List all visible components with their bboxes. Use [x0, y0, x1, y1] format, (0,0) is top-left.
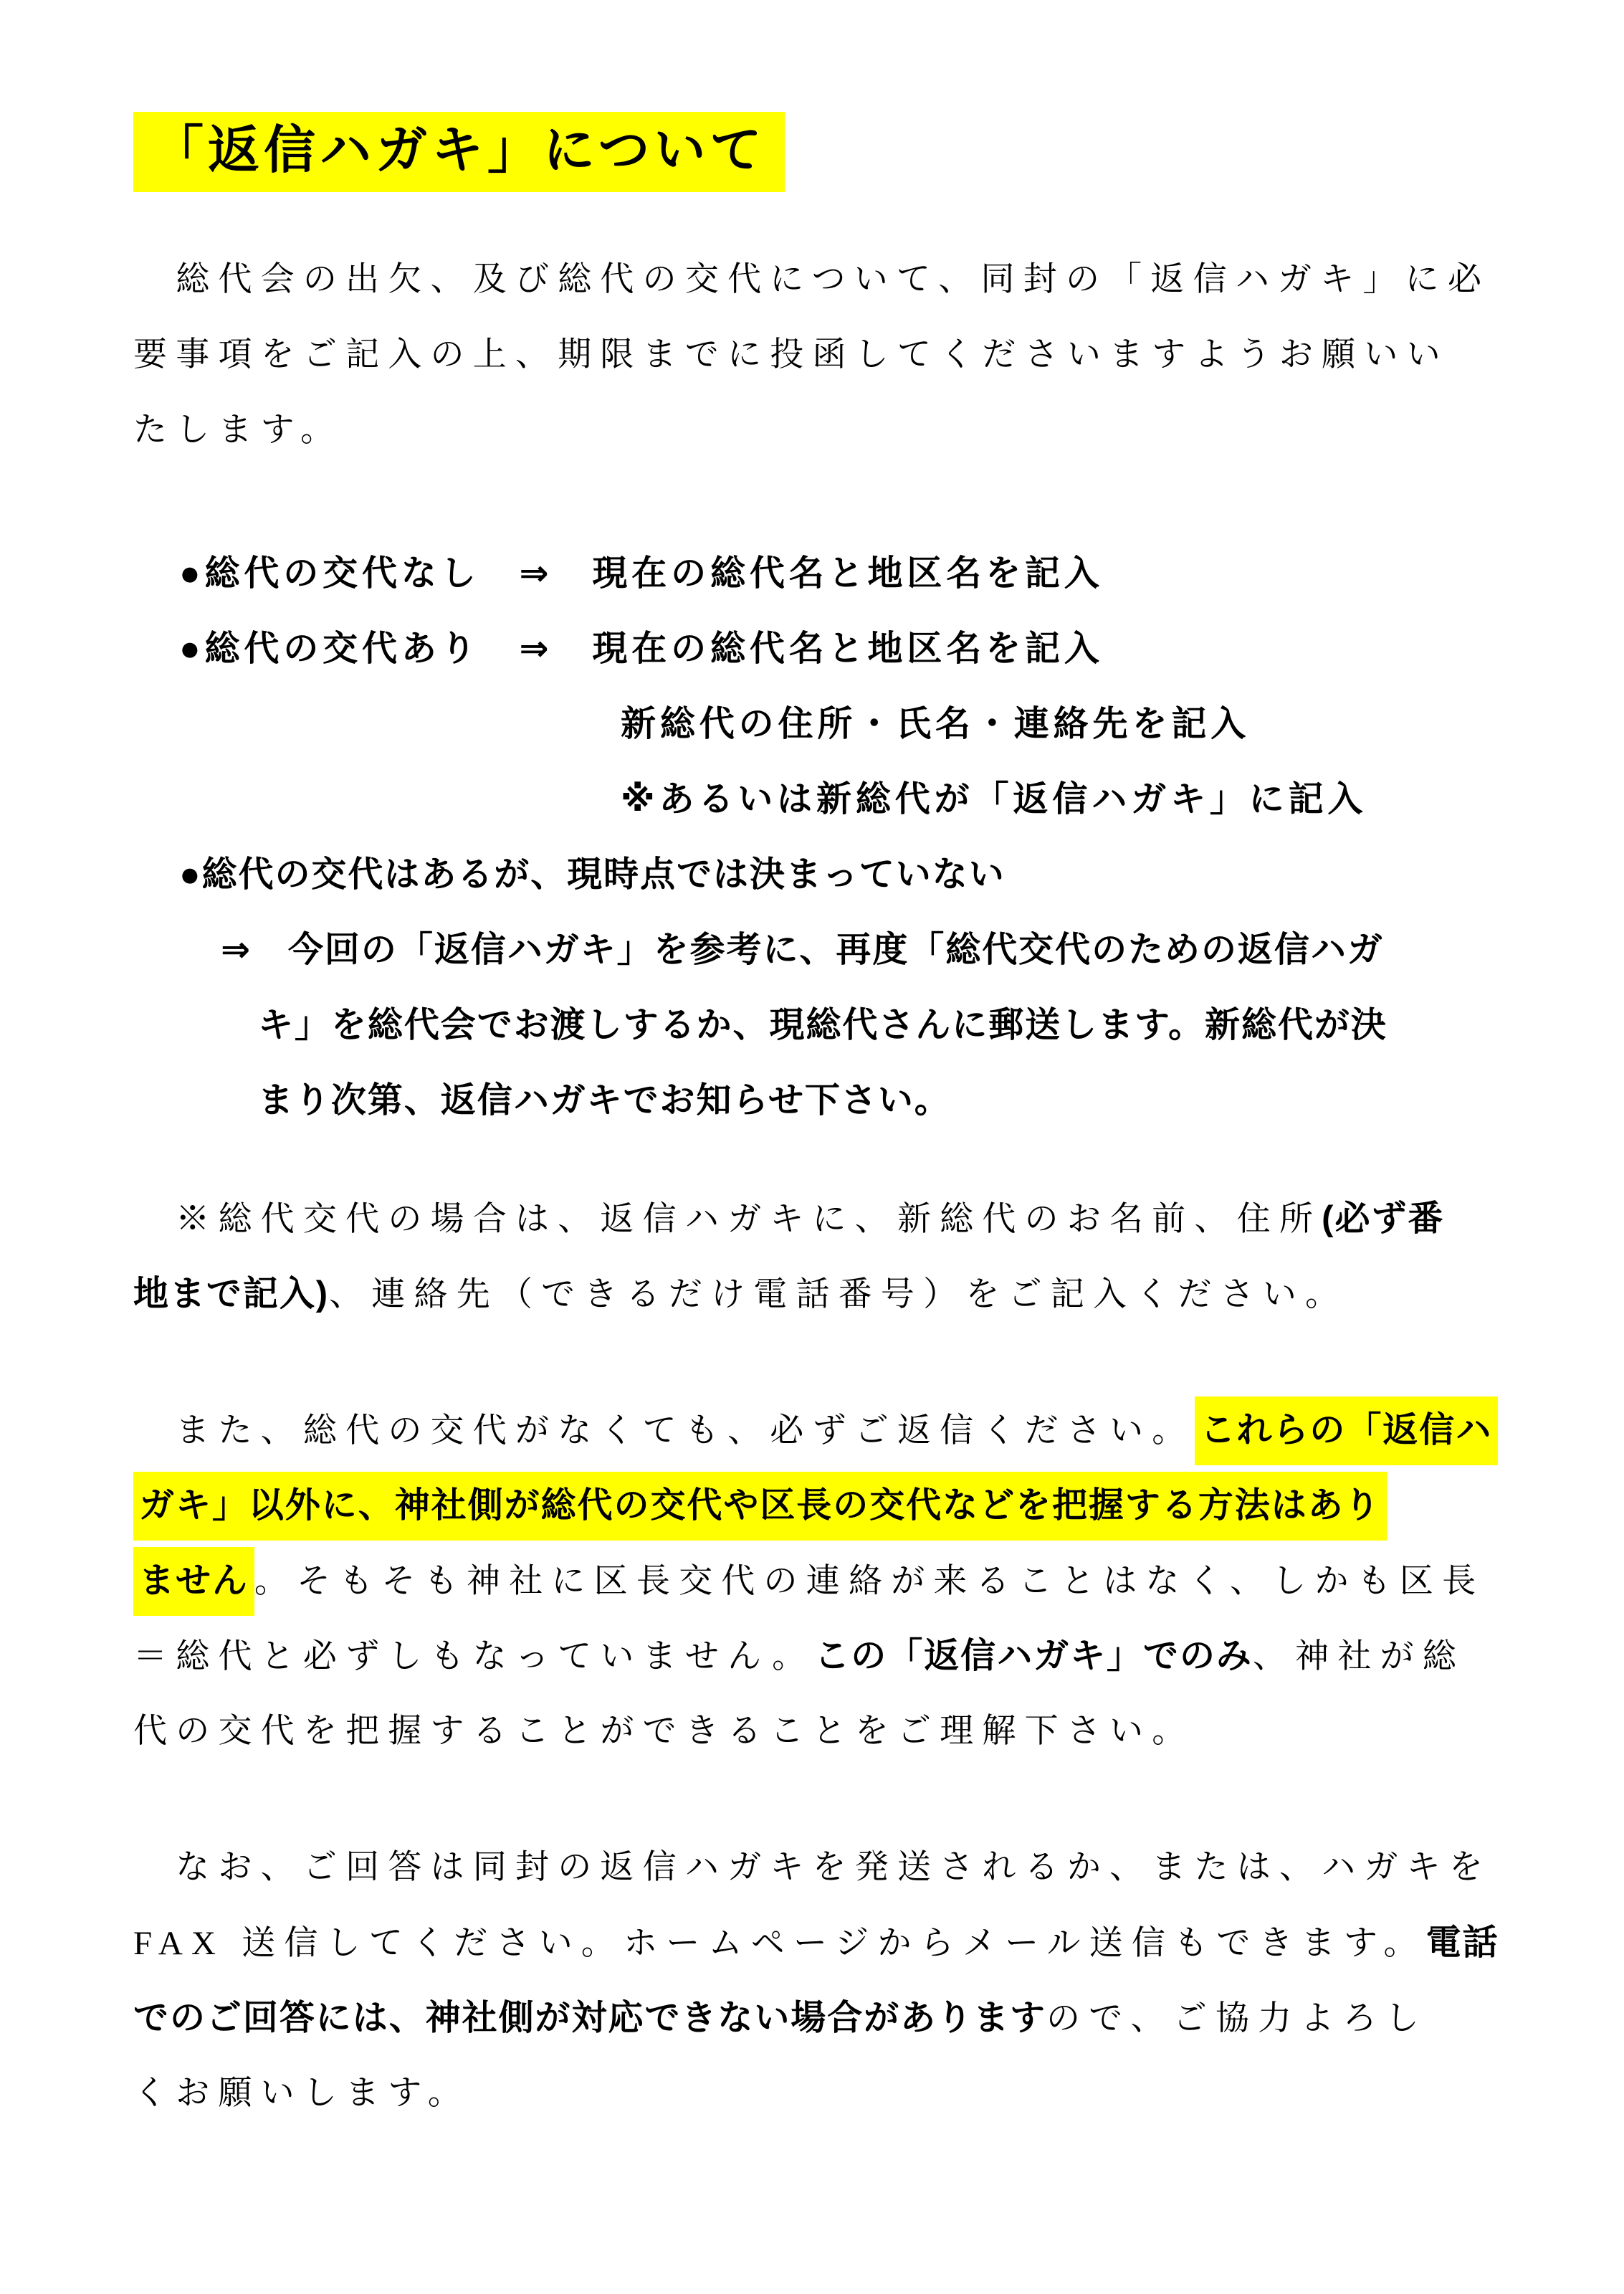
text-segment: くお願いします。 — [133, 2075, 470, 2112]
text-segment: ●総代の交代はあるが、現時点では決まっていない — [179, 855, 1006, 894]
text-segment: (必ず番 — [1322, 1199, 1444, 1238]
text-segment: ※あるいは新総代が「返信ハガキ」に記入 — [621, 780, 1367, 819]
document-page: 「返信ハガキ」について 総代会の出欠、及び総代の交代について、同封の「返信ハガキ… — [0, 0, 1624, 2294]
text-line: ●総代の交代なし ⇒ 現在の総代名と地区名を記入 — [133, 536, 1491, 611]
highlighted-text-segment: ガキ」以外に、神社側が総代の交代や区長の交代などを把握する方法はあり — [133, 1472, 1387, 1541]
text-segment: なお、ご回答は同封の返信ハガキを発送されるか、または、ハガキを — [133, 1849, 1491, 1886]
page-title: 「返信ハガキ」について — [133, 112, 785, 192]
text-segment: まり次第、返信ハガキでお知らせ下さい。 — [258, 1081, 951, 1120]
text-line: ●総代の交代あり ⇒ 現在の総代名と地区名を記入 — [133, 611, 1491, 687]
text-segment: でのご回答には、神社側が対応できない場合があります — [133, 1999, 1046, 2037]
text-line: たします。 — [133, 393, 1491, 468]
text-line: また、総代の交代がなくても、必ずご返信ください。これらの「返信ハ — [133, 1393, 1491, 1468]
text-line: ⇒ 今回の「返信ハガキ」を参考に、再度「総代交代のための返信ハガ — [133, 913, 1491, 988]
highlighted-text-segment: ません — [133, 1547, 254, 1616]
text-segment: ⇒ 今回の「返信ハガキ」を参考に、再度「総代交代のための返信ハガ — [221, 931, 1384, 969]
text-segment: 新総代の住所・氏名・連絡先を記入 — [621, 705, 1250, 743]
text-segment: 地まで記入) — [133, 1275, 329, 1313]
intro-paragraph: 総代会の出欠、及び総代の交代について、同封の「返信ハガキ」に必要事項をご記入の上… — [133, 242, 1491, 468]
text-line: キ」を総代会でお渡しするか、現総代さんに郵送します。新総代が決 — [133, 988, 1491, 1063]
text-segment: ●総代の交代なし ⇒ 現在の総代名と地区名を記入 — [179, 554, 1104, 593]
text-segment: ので、ご協力よろし — [1046, 2000, 1428, 2037]
document-body: 総代会の出欠、及び総代の交代について、同封の「返信ハガキ」に必要事項をご記入の上… — [133, 242, 1491, 2131]
text-line: 総代会の出欠、及び総代の交代について、同封の「返信ハガキ」に必 — [133, 242, 1491, 318]
text-segment: また、総代の交代がなくても、必ずご返信ください。 — [133, 1412, 1195, 1450]
text-segment: たします。 — [133, 411, 343, 449]
text-line: ※総代交代の場合は、返信ハガキに、新総代のお名前、住所(必ず番 — [133, 1181, 1491, 1257]
text-segment: 、神社が総 — [1253, 1638, 1465, 1675]
text-line: 地まで記入)、連絡先（できるだけ電話番号）をご記入ください。 — [133, 1257, 1491, 1332]
text-segment: 総代会の出欠、及び総代の交代について、同封の「返信ハガキ」に必 — [133, 261, 1490, 298]
text-line: 新総代の住所・氏名・連絡先を記入 — [133, 687, 1491, 762]
highlighted-text-segment: これらの「返信ハ — [1195, 1396, 1499, 1465]
text-segment: この「返信ハガキ」でのみ — [814, 1637, 1253, 1675]
text-segment: ＝総代と必ずしもなっていません。 — [133, 1638, 814, 1675]
text-line: ません。そもそも神社に区長交代の連絡が来ることはなく、しかも区長 — [133, 1543, 1491, 1619]
text-line: ＝総代と必ずしもなっていません。この「返信ハガキ」でのみ、神社が総 — [133, 1619, 1491, 1694]
text-segment: 要事項をご記入の上、期限までに投函してくださいますようお願いい — [133, 336, 1449, 373]
text-segment: ●総代の交代あり ⇒ 現在の総代名と地区名を記入 — [179, 629, 1104, 668]
text-segment: キ」を総代会でお渡しするか、現総代さんに郵送します。新総代が決 — [258, 1006, 1387, 1044]
bullet-list: ●総代の交代なし ⇒ 現在の総代名と地区名を記入●総代の交代あり ⇒ 現在の総代… — [133, 536, 1491, 1138]
text-line: くお願いします。 — [133, 2056, 1491, 2131]
text-line: FAX 送信してください。ホームページからメール送信もできます。電話 — [133, 1905, 1491, 1981]
text-line: ※あるいは新総代が「返信ハガキ」に記入 — [133, 762, 1491, 837]
text-segment: 。そもそも神社に区長交代の連絡が来ることはなく、しかも区長 — [254, 1563, 1484, 1600]
text-line: 要事項をご記入の上、期限までに投函してくださいますようお願いい — [133, 318, 1491, 393]
text-line: 代の交代を把握することができることをご理解下さい。 — [133, 1694, 1491, 1769]
note-paragraph: ※総代交代の場合は、返信ハガキに、新総代のお名前、住所(必ず番地まで記入)、連絡… — [133, 1181, 1491, 1332]
text-segment: FAX 送信してください。ホームページからメール送信もできます。 — [133, 1925, 1426, 1962]
importance-paragraph: また、総代の交代がなくても、必ずご返信ください。これらの「返信ハガキ」以外に、神… — [133, 1393, 1491, 1769]
text-segment: 電話 — [1426, 1923, 1499, 1962]
text-segment: 代の交代を把握することができることをご理解下さい。 — [133, 1713, 1195, 1750]
text-line: まり次第、返信ハガキでお知らせ下さい。 — [133, 1063, 1491, 1138]
text-line: ガキ」以外に、神社側が総代の交代や区長の交代などを把握する方法はあり — [133, 1468, 1491, 1543]
text-line: ●総代の交代はあるが、現時点では決まっていない — [133, 837, 1491, 913]
text-line: なお、ご回答は同封の返信ハガキを発送されるか、または、ハガキを — [133, 1830, 1491, 1905]
text-segment: 、連絡先（できるだけ電話番号）をご記入ください。 — [329, 1276, 1347, 1313]
document-content: 「返信ハガキ」について 総代会の出欠、及び総代の交代について、同封の「返信ハガキ… — [0, 0, 1624, 2131]
reply-method-paragraph: なお、ご回答は同封の返信ハガキを発送されるか、または、ハガキをFAX 送信してく… — [133, 1830, 1491, 2131]
text-line: でのご回答には、神社側が対応できない場合がありますので、ご協力よろし — [133, 1981, 1491, 2056]
text-segment: ※総代交代の場合は、返信ハガキに、新総代のお名前、住所 — [133, 1201, 1322, 1238]
